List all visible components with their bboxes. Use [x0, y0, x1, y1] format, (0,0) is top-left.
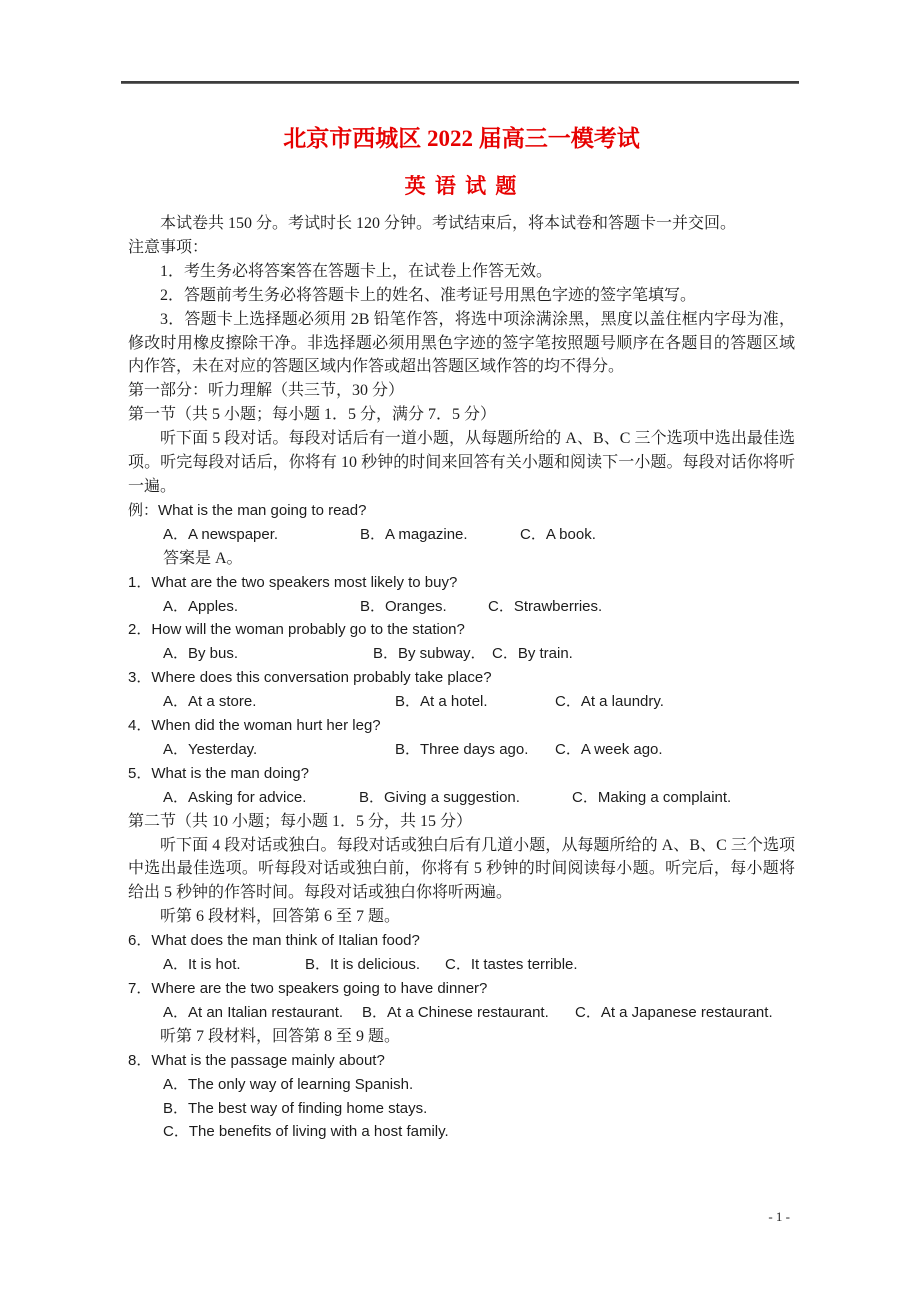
question-3-options: A．At a store.B．At a hotel.C．At a laundry…: [128, 690, 795, 714]
example-option-a: A．A newspaper.: [163, 523, 360, 547]
document-content: 北京市西城区 2022 届高三一模考试 英 语 试 题 本试卷共 150 分。考…: [128, 112, 795, 1144]
question-2-option-b: B．By subway．: [373, 642, 492, 666]
question-4-options: A．Yesterday.B．Three days ago.C．A week ag…: [128, 738, 795, 762]
notice-item-3: 3．答题卡上选择题必须用 2B 铅笔作答，将选中项涂满涂黑，黑度以盖住框内字母为…: [128, 308, 795, 380]
header-rule: [121, 81, 799, 84]
example-answer: 答案是 A。: [128, 547, 795, 571]
question-2-option-c: C．By train.: [492, 642, 573, 666]
question-8-option-a: A．The only way of learning Spanish.: [128, 1073, 795, 1097]
question-1-option-c: C．Strawberries.: [488, 595, 602, 619]
notice-heading: 注意事项：: [128, 236, 795, 260]
question-7-option-b: B．At a Chinese restaurant.: [362, 1001, 575, 1025]
question-2-options: A．By bus.B．By subway．C．By train.: [128, 642, 795, 666]
question-1-option-a: A．Apples.: [163, 595, 360, 619]
example-options: A．A newspaper.B．A magazine.C．A book.: [128, 523, 795, 547]
question-5-options: A．Asking for advice.B．Giving a suggestio…: [128, 786, 795, 810]
question-8-option-b: B．The best way of finding home stays.: [128, 1097, 795, 1121]
question-6-options: A．It is hot.B．It is delicious.C．It taste…: [128, 953, 795, 977]
question-7-option-a: A．At an Italian restaurant.: [163, 1001, 362, 1025]
question-3-option-b: B．At a hotel.: [395, 690, 555, 714]
question-4-option-b: B．Three days ago.: [395, 738, 555, 762]
question-3-option-c: C．At a laundry.: [555, 690, 664, 714]
question-8: 8．What is the passage mainly about?: [128, 1049, 795, 1073]
example-question: 例：What is the man going to read?: [128, 499, 795, 523]
example-option-c: C．A book.: [520, 523, 596, 547]
question-5-option-a: A．Asking for advice.: [163, 786, 359, 810]
question-7: 7．Where are the two speakers going to ha…: [128, 977, 795, 1001]
question-1: 1．What are the two speakers most likely …: [128, 571, 795, 595]
exam-paper-page: 北京市西城区 2022 届高三一模考试 英 语 试 题 本试卷共 150 分。考…: [0, 0, 920, 1302]
question-4-option-a: A．Yesterday.: [163, 738, 395, 762]
question-4: 4．When did the woman hurt her leg?: [128, 714, 795, 738]
question-5-option-c: C．Making a complaint.: [572, 786, 731, 810]
exam-title: 北京市西城区 2022 届高三一模考试: [128, 122, 795, 156]
question-1-options: A．Apples.B．Oranges.C．Strawberries.: [128, 595, 795, 619]
question-6-option-b: B．It is delicious.: [305, 953, 445, 977]
page-number: - 1 -: [768, 1208, 790, 1226]
question-8-option-c: C．The benefits of living with a host fam…: [128, 1120, 795, 1144]
question-7-option-c: C．At a Japanese restaurant.: [575, 1001, 773, 1025]
question-7-options: A．At an Italian restaurant.B．At a Chines…: [128, 1001, 795, 1025]
question-3-option-a: A．At a store.: [163, 690, 395, 714]
notice-item-1: 1．考生务必将答案答在答题卡上，在试卷上作答无效。: [128, 260, 795, 284]
question-6-option-a: A．It is hot.: [163, 953, 305, 977]
question-2: 2．How will the woman probably go to the …: [128, 618, 795, 642]
question-2-option-a: A．By bus.: [163, 642, 373, 666]
question-4-option-c: C．A week ago.: [555, 738, 663, 762]
material-6-line: 听第 6 段材料，回答第 6 至 7 题。: [128, 905, 795, 929]
exam-subtitle: 英 语 试 题: [128, 172, 795, 200]
question-6: 6．What does the man think of Italian foo…: [128, 929, 795, 953]
part1-heading: 第一部分：听力理解（共三节，30 分）: [128, 379, 795, 403]
question-5: 5．What is the man doing?: [128, 762, 795, 786]
section1-heading: 第一节（共 5 小题；每小题 1．5 分，满分 7．5 分）: [128, 403, 795, 427]
question-3: 3．Where does this conversation probably …: [128, 666, 795, 690]
intro-paragraph: 本试卷共 150 分。考试时长 120 分钟。考试结束后，将本试卷和答题卡一并交…: [128, 212, 795, 236]
question-5-option-b: B．Giving a suggestion.: [359, 786, 572, 810]
question-6-option-c: C．It tastes terrible.: [445, 953, 578, 977]
section2-instructions: 听下面 4 段对话或独白。每段对话或独白后有几道小题，从每题所给的 A、B、C …: [128, 834, 795, 906]
section2-heading: 第二节（共 10 小题；每小题 1．5 分，共 15 分）: [128, 810, 795, 834]
question-1-option-b: B．Oranges.: [360, 595, 488, 619]
example-option-b: B．A magazine.: [360, 523, 520, 547]
material-7-line: 听第 7 段材料，回答第 8 至 9 题。: [128, 1025, 795, 1049]
section1-instructions: 听下面 5 段对话。每段对话后有一道小题，从每题所给的 A、B、C 三个选项中选…: [128, 427, 795, 499]
notice-item-2: 2．答题前考生务必将答题卡上的姓名、准考证号用黑色字迹的签字笔填写。: [128, 284, 795, 308]
